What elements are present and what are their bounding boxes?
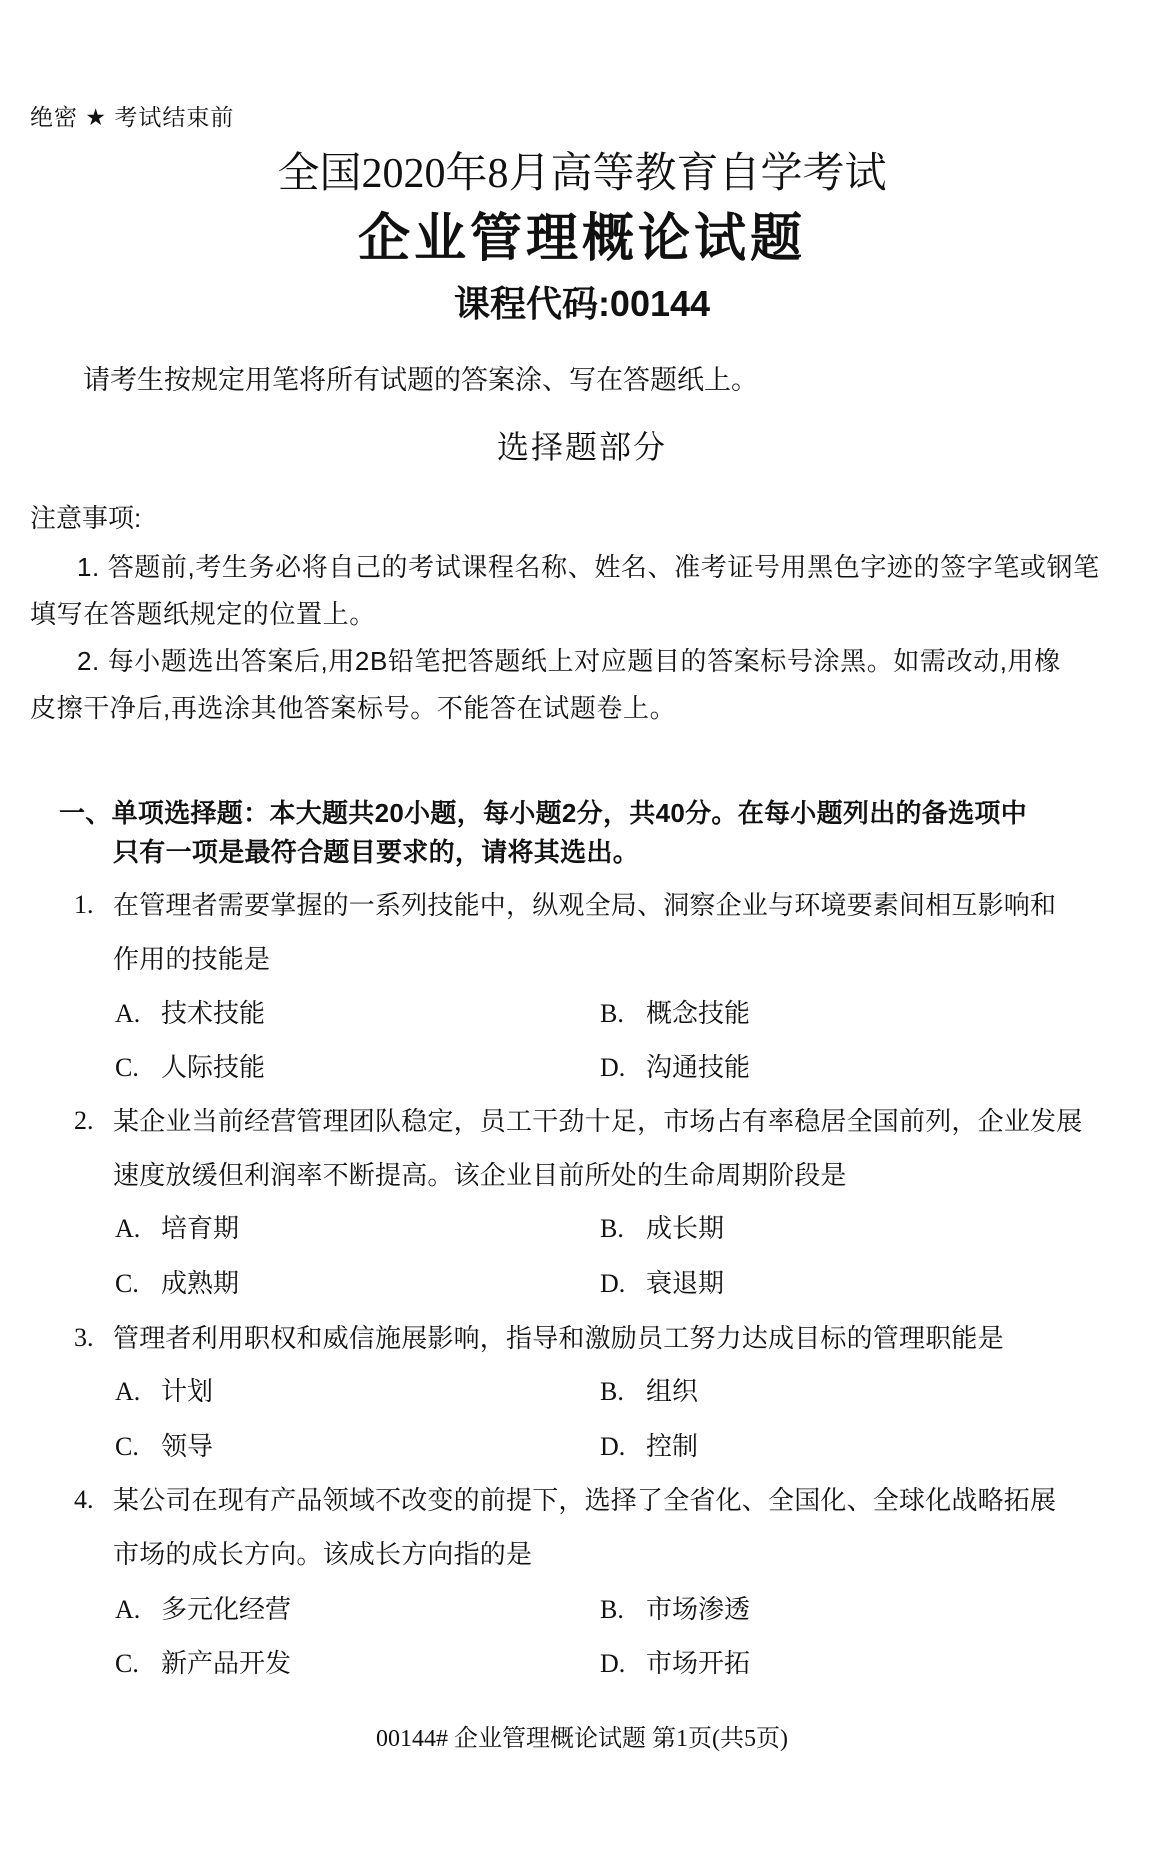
course-code: 课程代码:00144 (0, 286, 1164, 322)
page-footer: 00144# 企业管理概论试题 第1页(共5页) (0, 1727, 1164, 1751)
option-label: B. (600, 1379, 646, 1405)
option-b: B.概念技能 (600, 1000, 750, 1027)
option-text: 多元化经营 (161, 1594, 291, 1624)
notes-label: 注意事项: (30, 505, 141, 531)
part-title: 选择题部分 (0, 431, 1164, 463)
option-text: 市场渗透 (646, 1594, 750, 1624)
question-text-line: 某公司在现有产品领域不改变的前提下，选择了全省化、全国化、全球化战略拓展 (113, 1487, 1056, 1513)
option-text: 控制 (646, 1431, 698, 1461)
question-number: 2. (74, 1108, 94, 1134)
option-text: 衰退期 (646, 1268, 724, 1298)
option-c: C.领导 (115, 1433, 213, 1460)
option-c: C.新产品开发 (115, 1650, 291, 1677)
option-label: A. (115, 1216, 161, 1242)
option-label: A. (115, 1379, 161, 1405)
confidential-label: 绝密 ★ 考试结束前 (30, 106, 234, 129)
paper-title: 企业管理概论试题 (0, 213, 1164, 265)
option-text: 组织 (646, 1376, 698, 1406)
option-text: 人际技能 (161, 1052, 265, 1082)
option-label: C. (115, 1271, 161, 1297)
option-label: C. (115, 1434, 161, 1460)
option-text: 市场开拓 (646, 1648, 750, 1678)
option-c: C.人际技能 (115, 1054, 265, 1081)
option-label: D. (600, 1651, 646, 1677)
option-label: A. (115, 1597, 161, 1623)
option-d: D.沟通技能 (600, 1054, 750, 1081)
option-a: A.培育期 (115, 1215, 239, 1242)
section-heading-line-2: 只有一项是最符合题目要求的，请将其选出。 (113, 839, 639, 865)
option-a: A.计划 (115, 1378, 213, 1405)
note-1-line-1: 1. 答题前,考生务必将自己的考试课程名称、姓名、准考证号用黑色字迹的签字笔或钢… (77, 554, 1100, 580)
option-text: 技术技能 (161, 998, 265, 1028)
question-text-line: 在管理者需要掌握的一系列技能中，纵观全局、洞察企业与环境要素间相互影响和 (113, 892, 1056, 918)
option-text: 计划 (161, 1376, 213, 1406)
option-label: C. (115, 1651, 161, 1677)
option-d: D.控制 (600, 1433, 698, 1460)
option-b: B.组织 (600, 1378, 698, 1405)
note-2-line-2: 皮擦干净后,再选涂其他答案标号。不能答在试题卷上。 (30, 695, 676, 721)
question-number: 4. (74, 1487, 94, 1513)
note-1-line-2: 填写在答题纸规定的位置上。 (30, 601, 376, 627)
option-label: B. (600, 1216, 646, 1242)
option-label: A. (115, 1001, 161, 1027)
question-text-line: 作用的技能是 (113, 946, 270, 972)
question-text-line: 市场的成长方向。该成长方向指的是 (113, 1541, 532, 1567)
option-label: C. (115, 1055, 161, 1081)
note-2-line-1: 2. 每小题选出答案后,用2B铅笔把答题纸上对应题目的答案标号涂黑。如需改动,用… (77, 648, 1061, 674)
answer-instruction: 请考生按规定用笔将所有试题的答案涂、写在答题纸上。 (83, 367, 758, 394)
question-number: 3. (74, 1325, 94, 1351)
option-b: B.市场渗透 (600, 1596, 750, 1623)
question-text-line: 速度放缓但利润率不断提高。该企业目前所处的生命周期阶段是 (113, 1162, 847, 1188)
option-a: A.技术技能 (115, 1000, 265, 1027)
option-text: 成长期 (646, 1213, 724, 1243)
option-label: B. (600, 1001, 646, 1027)
question-text-line: 某企业当前经营管理团队稳定，员工干劲十足，市场占有率稳居全国前列，企业发展 (113, 1108, 1082, 1134)
option-text: 成熟期 (161, 1268, 239, 1298)
option-label: B. (600, 1597, 646, 1623)
option-b: B.成长期 (600, 1215, 724, 1242)
option-d: D.衰退期 (600, 1270, 724, 1297)
question-number: 1. (74, 892, 94, 918)
option-c: C.成熟期 (115, 1270, 239, 1297)
option-text: 概念技能 (646, 998, 750, 1028)
exam-title: 全国2020年8月高等教育自学考试 (0, 153, 1164, 195)
option-d: D.市场开拓 (600, 1650, 750, 1677)
option-text: 沟通技能 (646, 1052, 750, 1082)
option-a: A.多元化经营 (115, 1596, 291, 1623)
option-label: D. (600, 1055, 646, 1081)
section-heading-line-1: 一、单项选择题：本大题共20小题，每小题2分，共40分。在每小题列出的备选项中 (59, 800, 1027, 826)
question-text-line: 管理者利用职权和威信施展影响，指导和激励员工努力达成目标的管理职能是 (113, 1325, 1004, 1351)
option-text: 新产品开发 (161, 1648, 291, 1678)
option-text: 领导 (161, 1431, 213, 1461)
option-text: 培育期 (161, 1213, 239, 1243)
option-label: D. (600, 1434, 646, 1460)
option-label: D. (600, 1271, 646, 1297)
